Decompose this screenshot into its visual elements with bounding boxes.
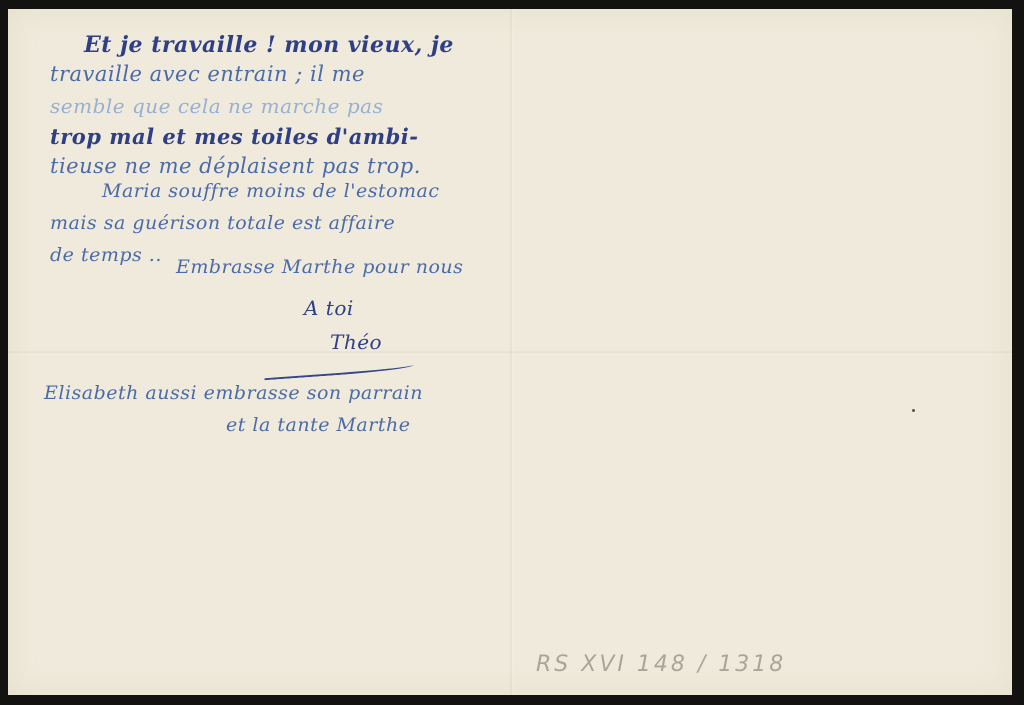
postscript-line-2: et la tante Marthe	[226, 414, 410, 436]
letter-line-1: Et je travaille ! mon vieux, je	[84, 32, 454, 58]
postscript-line-1: Elisabeth aussi embrasse son parrain	[44, 382, 423, 404]
letter-line-5: tieuse ne me déplaisent pas trop.	[50, 154, 421, 178]
letter-closing: A toi	[304, 296, 354, 320]
letter-signature: Théo	[330, 330, 382, 354]
letter-line-9: Embrasse Marthe pour nous	[176, 256, 463, 278]
letter-line-7: mais sa guérison totale est affaire	[50, 212, 395, 234]
archive-shelfmark: RS XVI 148 / 1318	[536, 652, 786, 677]
letter-line-3: semble que cela ne marche pas	[50, 94, 383, 118]
letter-line-2: travaille avec entrain ; il me	[50, 62, 365, 86]
paper-speck	[912, 409, 915, 412]
letter-line-8: de temps ..	[50, 244, 162, 266]
letter-scan: Et je travaille ! mon vieux, je travaill…	[0, 0, 1024, 705]
letter-line-6: Maria souffre moins de l'estomac	[102, 180, 440, 202]
letter-line-4: trop mal et mes toiles d'ambi-	[50, 124, 418, 149]
